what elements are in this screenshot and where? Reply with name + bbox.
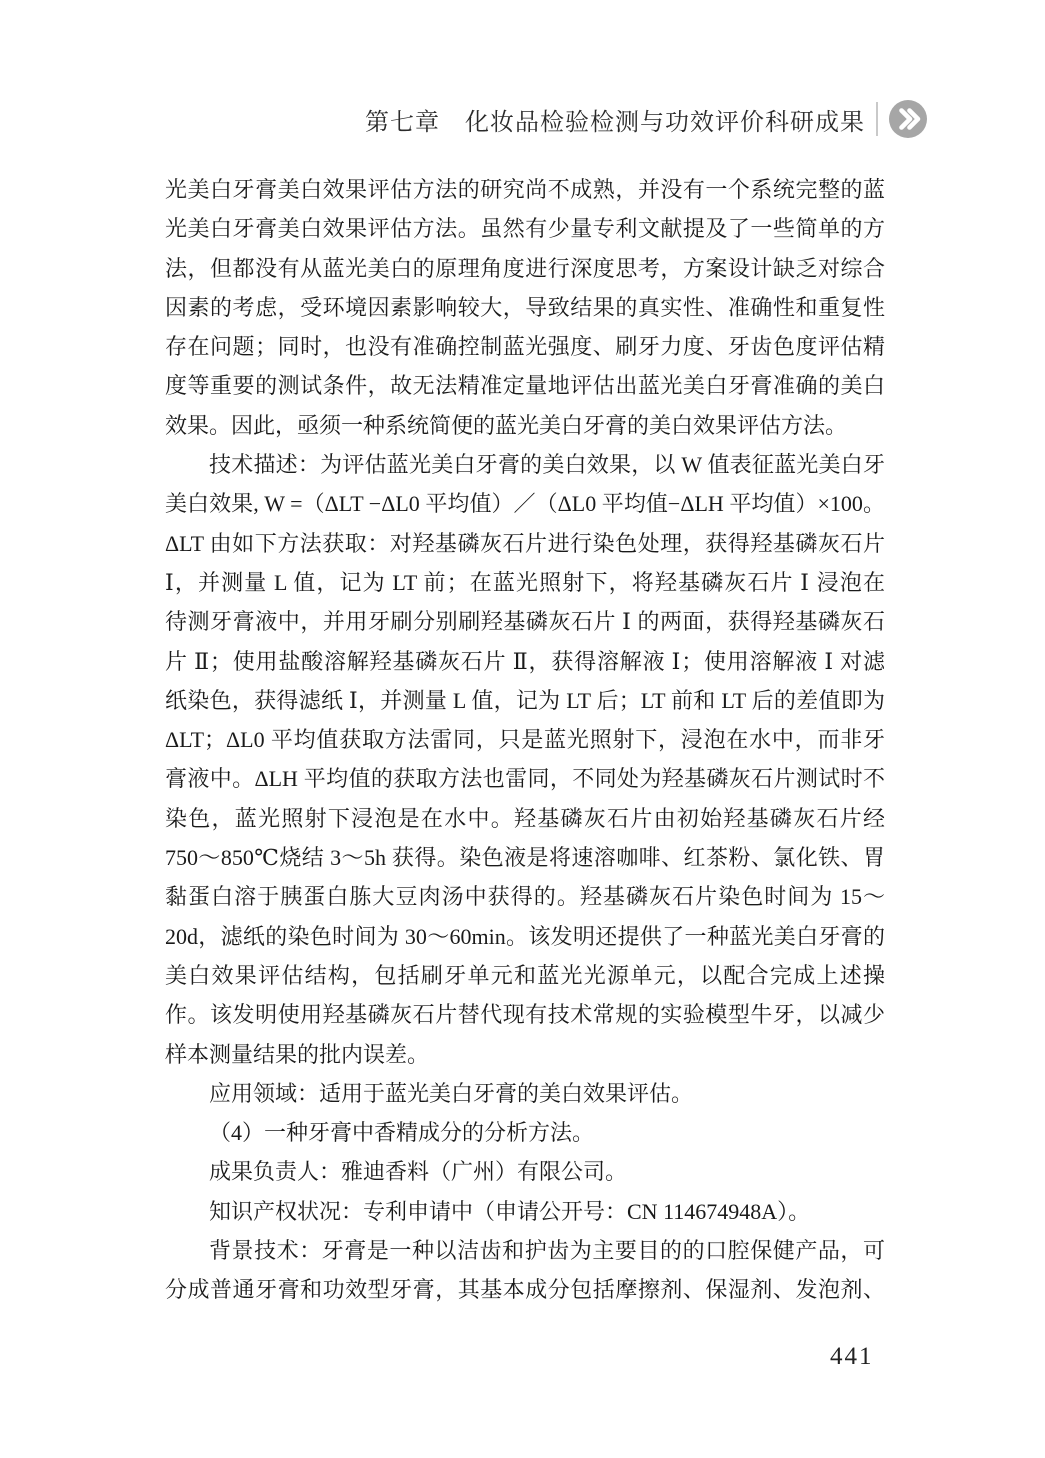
text-line: 光美白牙膏美白效果评估方法。虽然有少量专利文献提及了一些简单的方 bbox=[165, 209, 885, 248]
text-line: 分成普通牙膏和功效型牙膏，其基本成分包括摩擦剂、保湿剂、发泡剂、 bbox=[165, 1270, 885, 1309]
book-page: 第七章 化妆品检验检测与功效评价科研成果 光美白牙膏美白效果评估方法的研究尚不成… bbox=[0, 0, 1045, 1458]
text-line: 750～850℃烧结 3～5h 获得。染色液是将速溶咖啡、红茶粉、氯化铁、胃 bbox=[165, 838, 885, 877]
page-number: 441 bbox=[830, 1343, 874, 1371]
chapter-title: 第七章 化妆品检验检测与功效评价科研成果 bbox=[365, 102, 865, 137]
text-line: 背景技术：牙膏是一种以洁齿和护齿为主要目的的口腔保健产品，可 bbox=[165, 1231, 885, 1270]
text-line: 20d，滤纸的染色时间为 30～60min。该发明还提供了一种蓝光美白牙膏的 bbox=[165, 917, 885, 956]
header-divider bbox=[876, 102, 878, 136]
text-line: 样本测量结果的批内误差。 bbox=[165, 1035, 885, 1074]
text-line: Ⅰ，并测量 L 值，记为 LT 前；在蓝光照射下，将羟基磷灰石片 Ⅰ 浸泡在 bbox=[165, 563, 885, 602]
running-header: 第七章 化妆品检验检测与功效评价科研成果 bbox=[165, 100, 927, 138]
text-line: 美白效果, W =（ΔLT −ΔL0 平均值）／（ΔL0 平均值−ΔLH 平均值… bbox=[165, 484, 885, 523]
text-line: 效果。因此，亟须一种系统简便的蓝光美白牙膏的美白效果评估方法。 bbox=[165, 406, 885, 445]
text-line: 存在问题；同时，也没有准确控制蓝光强度、刷牙力度、牙齿色度评估精 bbox=[165, 327, 885, 366]
text-line: 应用领域：适用于蓝光美白牙膏的美白效果评估。 bbox=[165, 1074, 885, 1113]
text-line: ΔLT 由如下方法获取：对羟基磷灰石片进行染色处理，获得羟基磷灰石片 bbox=[165, 524, 885, 563]
text-line: 成果负责人：雅迪香料（广州）有限公司。 bbox=[165, 1152, 885, 1191]
text-line: ΔLT；ΔL0 平均值获取方法雷同，只是蓝光照射下，浸泡在水中，而非牙 bbox=[165, 720, 885, 759]
text-line: 技术描述：为评估蓝光美白牙膏的美白效果，以 W 值表征蓝光美白牙膏的 bbox=[165, 445, 885, 484]
text-line: 度等重要的测试条件，故无法精准定量地评估出蓝光美白牙膏准确的美白 bbox=[165, 366, 885, 405]
text-line: 片 Ⅱ；使用盐酸溶解羟基磷灰石片 Ⅱ，获得溶解液 Ⅰ；使用溶解液 Ⅰ 对滤 bbox=[165, 642, 885, 681]
text-line: 作。该发明使用羟基磷灰石片替代现有技术常规的实验模型牛牙，以减少 bbox=[165, 995, 885, 1034]
text-line: 待测牙膏液中，并用牙刷分别刷羟基磷灰石片 Ⅰ 的两面，获得羟基磷灰石 bbox=[165, 602, 885, 641]
text-line: 因素的考虑，受环境因素影响较大，导致结果的真实性、准确性和重复性 bbox=[165, 288, 885, 327]
text-line: 法，但都没有从蓝光美白的原理角度进行深度思考，方案设计缺乏对综合 bbox=[165, 249, 885, 288]
text-line: 知识产权状况：专利申请中（申请公开号：CN 114674948A）。 bbox=[165, 1192, 885, 1231]
text-line: （4）一种牙膏中香精成分的分析方法。 bbox=[165, 1113, 885, 1152]
text-line: 美白效果评估结构，包括刷牙单元和蓝光光源单元，以配合完成上述操 bbox=[165, 956, 885, 995]
text-line: 染色，蓝光照射下浸泡是在水中。羟基磷灰石片由初始羟基磷灰石片经 bbox=[165, 799, 885, 838]
text-line: 黏蛋白溶于胰蛋白胨大豆肉汤中获得的。羟基磷灰石片染色时间为 15～ bbox=[165, 877, 885, 916]
text-line: 纸染色，获得滤纸 Ⅰ，并测量 L 值，记为 LT 后；LT 前和 LT 后的差值… bbox=[165, 681, 885, 720]
text-line: 膏液中。ΔLH 平均值的获取方法也雷同，不同处为羟基磷灰石片测试时不 bbox=[165, 759, 885, 798]
double-chevron-right-icon bbox=[889, 100, 927, 138]
body-text: 光美白牙膏美白效果评估方法的研究尚不成熟，并没有一个系统完整的蓝 光美白牙膏美白… bbox=[165, 170, 885, 1310]
text-line: 光美白牙膏美白效果评估方法的研究尚不成熟，并没有一个系统完整的蓝 bbox=[165, 170, 885, 209]
